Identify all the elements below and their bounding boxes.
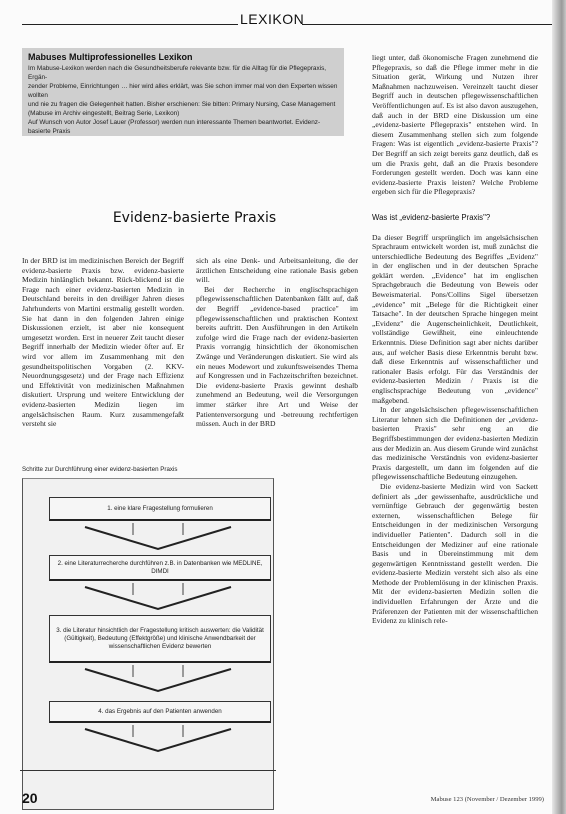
paragraph: Da dieser Begriff ursprünglich im angels… [372,233,538,406]
flowchart-step-4: 4. das Ergebnis auf den Patienten anwend… [49,701,271,723]
infobox-line: Auf Wunsch von Autor Josef Lauer (Profes… [28,118,338,127]
body-column-3: liegt unter, daß ökonomische Fragen zune… [372,53,538,788]
paragraph: In der BRD ist im medizinischen Bereich … [22,256,184,429]
paragraph: Die evidenz-basierte Medizin wird von Sa… [372,482,538,626]
down-arrow-icon [83,725,233,753]
flowchart-frame: 1. eine klare Fragestellung formulieren … [22,478,274,810]
paragraph: Bei der Recherche in englischsprachigen … [196,285,358,429]
lexicon-infobox: Mabuses Multiprofessionelles Lexikon Im … [22,48,344,136]
infobox-title: Mabuses Multiprofessionelles Lexikon [28,52,338,62]
figure-caption: Schritte zur Durchführung einer evidenz-… [22,466,177,473]
body-column-2: sich als eine Denk- und Arbeitsanleitung… [196,256,358,456]
figure-bottom-rule [20,770,276,771]
down-arrow-icon [83,583,233,611]
down-arrow-icon [83,523,233,551]
subheading: Was ist „evidenz-basierte Praxis"? [372,213,538,223]
down-arrow-icon [83,665,233,693]
infobox-line: und nie zu fragen die Gelegenheit hatten… [28,100,338,109]
scan-edge-shadow [552,0,566,814]
infobox-line: basierte Praxis [28,127,338,136]
flowchart-step-3: 3. die Literatur hinsichtlich der Frages… [49,615,271,663]
footer-source: Mabuse 123 (November / Dezember 1999) [431,796,544,803]
page-number: 20 [22,790,38,806]
section-title: LEXIKON [240,11,300,27]
infobox-line: (Mabuse im Archiv eingestellt, Beitrag S… [28,109,338,118]
infobox-line: Im Mabuse-Lexikon werden nach die Gesund… [28,64,338,82]
flowchart-step-2: 2. eine Literaturrecherche durchführen z… [49,555,271,581]
infobox-line: zender Probleme, Einrichtungen … hier wi… [28,82,338,100]
header-rule-right [302,24,552,25]
paragraph: sich als eine Denk- und Arbeitsanleitung… [196,256,358,285]
paragraph: liegt unter, daß ökonomische Fragen zune… [372,53,538,197]
flowchart-step-1: 1. eine klare Fragestellung formulieren [49,497,271,521]
article-title: Evidenz-basierte Praxis [22,210,367,226]
header-rule-left [22,24,238,25]
body-column-1: In der BRD ist im medizinischen Bereich … [22,256,184,456]
paragraph: In der angelsächsischen pflegewissenscha… [372,405,538,482]
